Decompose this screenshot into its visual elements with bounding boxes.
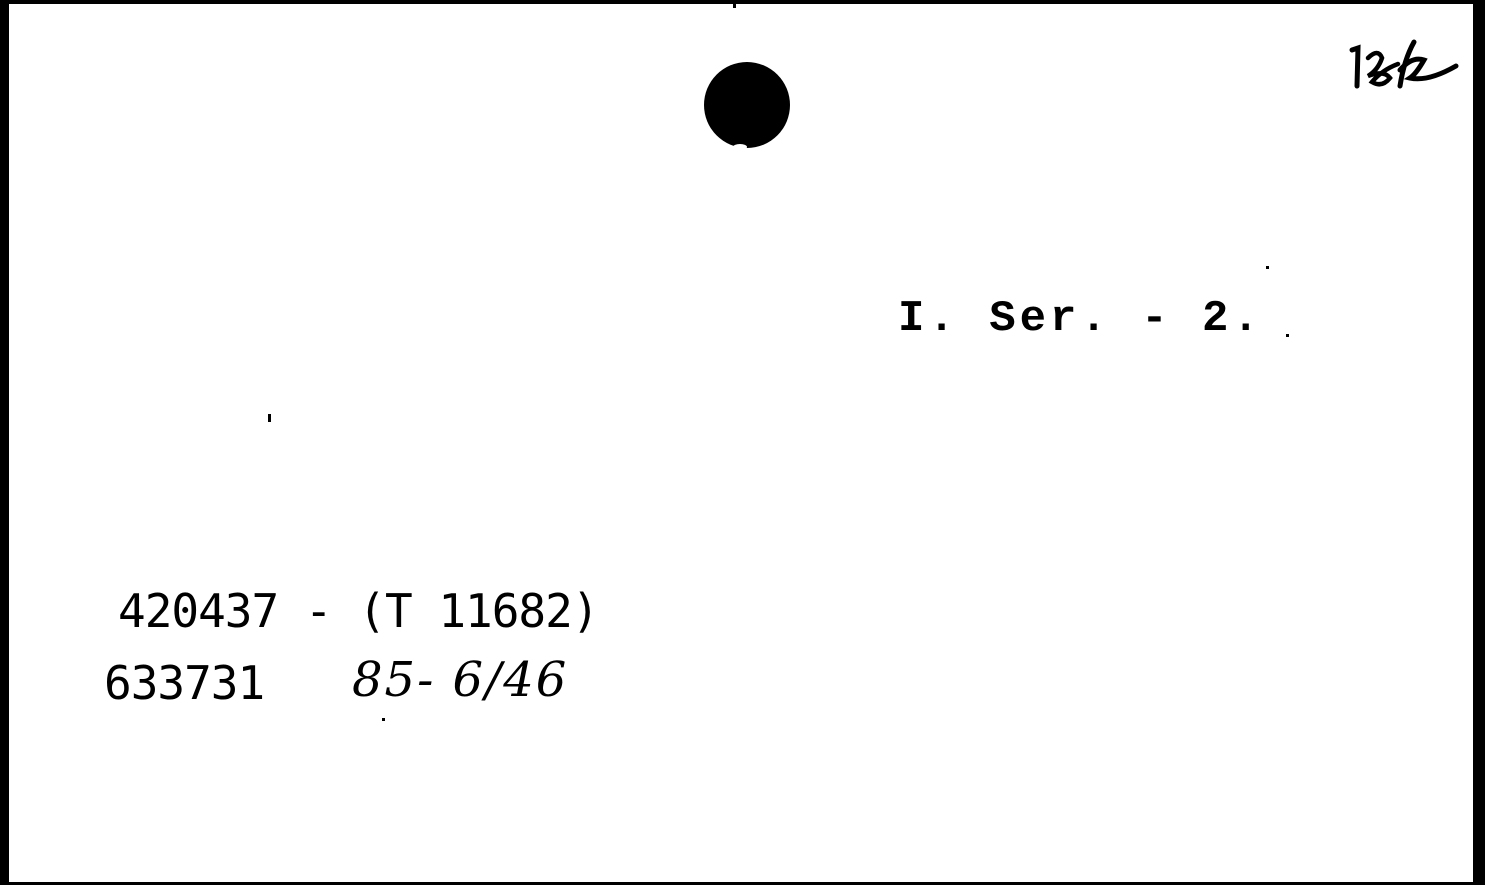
ink-speck bbox=[1266, 266, 1269, 269]
ink-speck bbox=[1286, 334, 1289, 337]
punch-hole-highlight bbox=[733, 144, 747, 150]
series-heading: I. Ser. - 2. bbox=[898, 294, 1263, 344]
handwritten-initials bbox=[1338, 30, 1468, 100]
punch-hole bbox=[704, 62, 790, 148]
edge-mark bbox=[733, 0, 736, 8]
ink-speck bbox=[268, 414, 271, 422]
number-line: 633731 bbox=[104, 656, 264, 710]
ink-speck bbox=[382, 718, 385, 721]
handwritten-note: 85- 6/46 bbox=[352, 652, 568, 708]
reference-line: 420437 - (T 11682) bbox=[118, 584, 599, 638]
